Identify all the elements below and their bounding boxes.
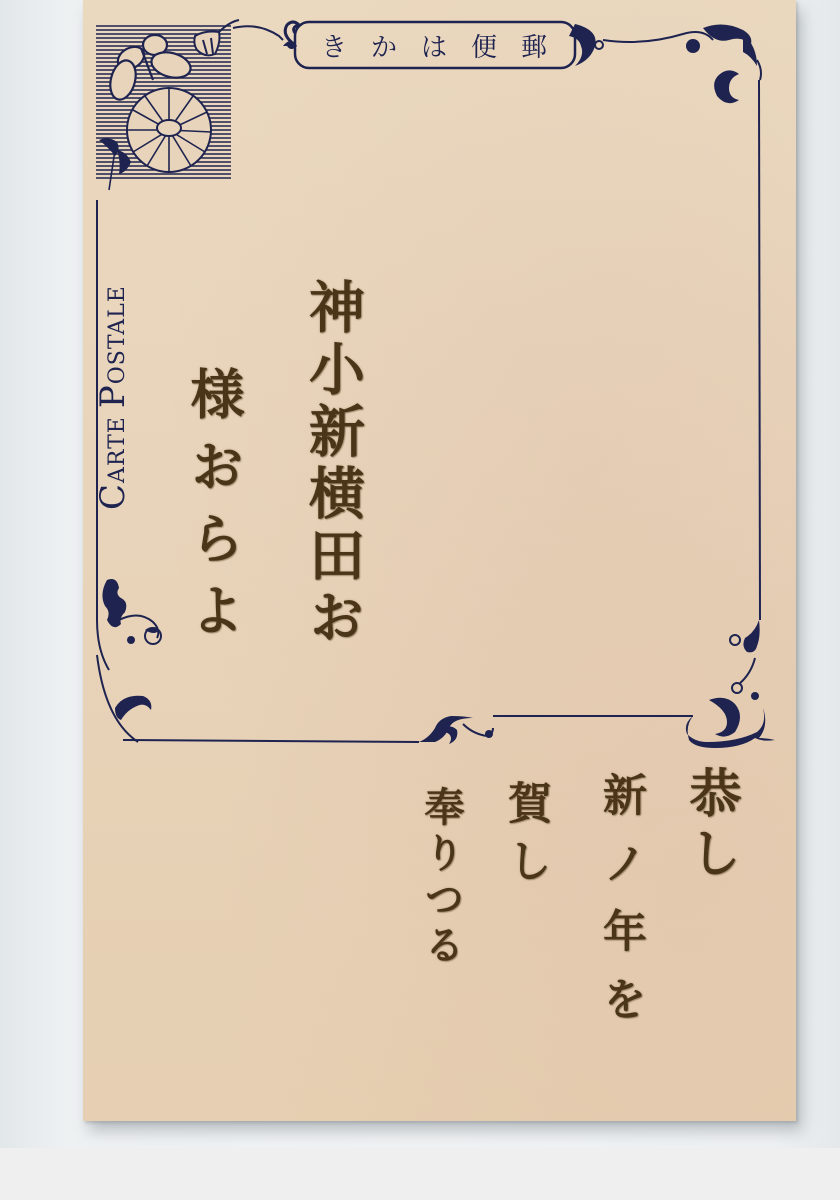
message-line-3: 賀し (493, 780, 557, 896)
message-line-1: 恭し (673, 766, 748, 886)
stamp-box (96, 20, 239, 190)
postcard: き か は 便 郵 CARTE POSTALE 神小新横田お 様おらよ 恭し 新… (83, 0, 796, 1121)
chrysanthemum-icon (127, 88, 211, 172)
carte-postale-label: CARTE POSTALE (93, 285, 133, 510)
corner-ornament-top-right (686, 24, 761, 103)
message-line-2: 新ノ年を (588, 772, 652, 1044)
title-char: か (371, 27, 399, 64)
title-char: は (421, 27, 449, 64)
footer-strip (0, 1148, 840, 1200)
corner-ornament-bottom-middle (419, 716, 493, 744)
address-line-1: 神小新横田お (293, 278, 373, 650)
title-char: 便 (471, 27, 499, 64)
title-char: 郵 (521, 27, 549, 64)
corner-ornament-bottom-right (686, 620, 775, 748)
corner-ornament-left (102, 579, 161, 720)
title-banner: き か は 便 郵 (295, 22, 575, 68)
title-char: き (321, 27, 349, 64)
message-line-4: 奉りつる (413, 786, 470, 970)
address-line-2: 様おらよ (176, 366, 253, 654)
